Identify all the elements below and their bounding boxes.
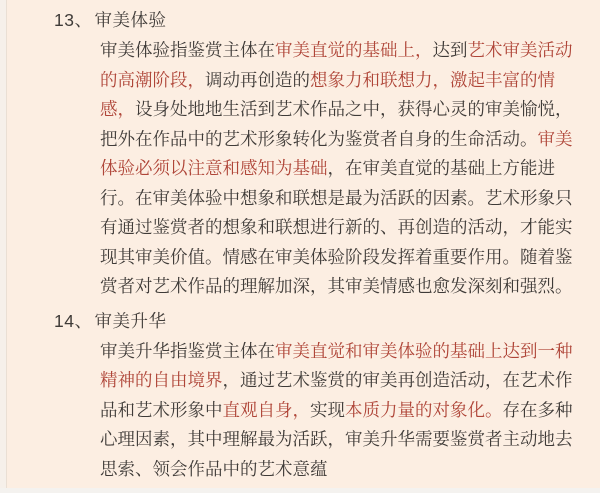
highlighted-text: 本质力量的对象化。 [345, 400, 503, 420]
item-heading: 13、审美体验 [0, 7, 600, 33]
notes-list: 13、审美体验 审美体验指鉴赏主体在审美直觉的基础上，达到艺术审美活动的高潮阶段… [0, 7, 600, 490]
list-item: 13、审美体验 审美体验指鉴赏主体在审美直觉的基础上，达到艺术审美活动的高潮阶段… [0, 7, 600, 302]
body-text: 实现 [310, 400, 345, 420]
body-text: 审美升华指鉴赏主体在 [100, 341, 275, 361]
item-number: 13、 [54, 10, 92, 30]
item-title: 审美升华 [94, 311, 166, 331]
item-number: 14、 [54, 311, 92, 331]
item-paragraph: 审美体验指鉴赏主体在审美直觉的基础上，达到艺术审美活动的高潮阶段，调动再创造的想… [100, 36, 576, 302]
body-text: 设身处地地生活到艺术作品之中，获得心灵的审美愉悦，把外在作品中的艺术形象转化为鉴… [100, 99, 573, 149]
highlighted-text: 直观自身， [223, 400, 311, 420]
item-heading: 14、审美升华 [0, 308, 600, 334]
highlighted-text: 想象力和联想力， [310, 70, 450, 90]
list-item: 14、审美升华 审美升华指鉴赏主体在审美直觉和审美体验的基础上达到一种精神的自由… [0, 308, 600, 485]
highlighted-text: 审美直觉的基础上， [275, 40, 433, 60]
page-root: { "colors": { "background": "#fceee2", "… [0, 0, 600, 493]
body-text: 审美体验指鉴赏主体在 [100, 40, 275, 60]
item-title: 审美体验 [94, 10, 166, 30]
body-text: 调动再创造的 [205, 70, 310, 90]
body-text: 达到 [433, 40, 468, 60]
item-paragraph: 审美升华指鉴赏主体在审美直觉和审美体验的基础上达到一种精神的自由境界，通过艺术鉴… [100, 337, 576, 485]
body-text: ，在审美直觉的基础上方能进行。在审美体验中想象和联想是最为活跃的因素。艺术形象只… [100, 158, 573, 296]
